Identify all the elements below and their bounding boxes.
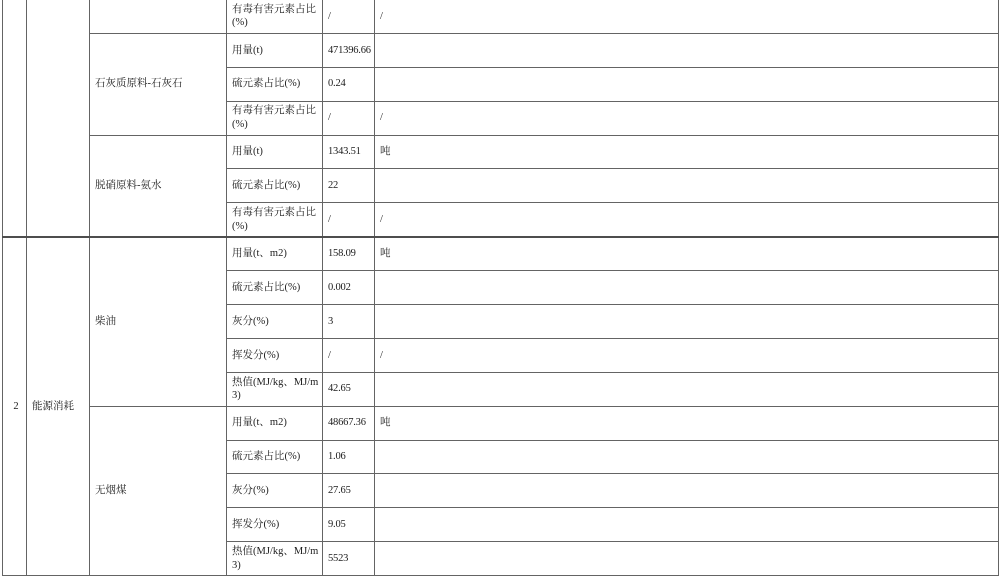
value-cell: 48667.36 [323, 406, 375, 440]
value-cell: 3 [323, 305, 375, 339]
value-cell: / [323, 203, 375, 237]
table-row: 2 能源消耗 柴油 用量(t、m2) 158.09 吨 [3, 237, 999, 271]
material-cell: 无烟煤 [90, 406, 227, 575]
value-cell: 158.09 [323, 237, 375, 271]
unit-cell [375, 372, 999, 406]
parameter-cell: 硫元素占比(%) [227, 67, 323, 101]
value-cell: / [323, 0, 375, 33]
unit-cell: 吨 [375, 135, 999, 169]
parameter-cell: 挥发分(%) [227, 338, 323, 372]
consumption-table: 有毒有害元素占比(%) / / 石灰质原料-石灰石 用量(t) 471396.6… [2, 0, 999, 576]
parameter-cell: 硫元素占比(%) [227, 440, 323, 474]
value-cell: 1343.51 [323, 135, 375, 169]
unit-cell: / [375, 101, 999, 135]
unit-cell: / [375, 0, 999, 33]
value-cell: 42.65 [323, 372, 375, 406]
value-cell: 0.002 [323, 271, 375, 305]
unit-cell [375, 440, 999, 474]
category-cell [27, 0, 90, 237]
value-cell: 471396.66 [323, 33, 375, 67]
material-cell: 石灰质原料-石灰石 [90, 33, 227, 135]
unit-cell: 吨 [375, 406, 999, 440]
value-cell: / [323, 338, 375, 372]
seq-cell: 2 [3, 237, 27, 576]
unit-cell [375, 33, 999, 67]
parameter-cell: 热值(MJ/kg、MJ/m3) [227, 542, 323, 576]
parameter-cell: 灰分(%) [227, 474, 323, 508]
unit-cell: 吨 [375, 237, 999, 271]
unit-cell [375, 169, 999, 203]
unit-cell: / [375, 338, 999, 372]
table-row: 无烟煤 用量(t、m2) 48667.36 吨 [3, 406, 999, 440]
value-cell: 0.24 [323, 67, 375, 101]
value-cell: 27.65 [323, 474, 375, 508]
unit-cell [375, 305, 999, 339]
parameter-cell: 硫元素占比(%) [227, 271, 323, 305]
value-cell: 5523 [323, 542, 375, 576]
parameter-cell: 有毒有害元素占比(%) [227, 0, 323, 33]
parameter-cell: 用量(t) [227, 33, 323, 67]
table-row: 有毒有害元素占比(%) / / [3, 0, 999, 33]
parameter-cell: 灰分(%) [227, 305, 323, 339]
value-cell: 1.06 [323, 440, 375, 474]
parameter-cell: 挥发分(%) [227, 508, 323, 542]
material-cell: 柴油 [90, 237, 227, 406]
material-cell [90, 0, 227, 33]
seq-cell [3, 0, 27, 237]
unit-cell [375, 67, 999, 101]
parameter-cell: 热值(MJ/kg、MJ/m3) [227, 372, 323, 406]
parameter-cell: 用量(t、m2) [227, 406, 323, 440]
material-cell: 脱硝原料-氨水 [90, 135, 227, 237]
parameter-cell: 有毒有害元素占比(%) [227, 101, 323, 135]
unit-cell: / [375, 203, 999, 237]
parameter-cell: 用量(t) [227, 135, 323, 169]
unit-cell [375, 542, 999, 576]
unit-cell [375, 271, 999, 305]
unit-cell [375, 508, 999, 542]
parameter-cell: 硫元素占比(%) [227, 169, 323, 203]
value-cell: 22 [323, 169, 375, 203]
table-row: 石灰质原料-石灰石 用量(t) 471396.66 [3, 33, 999, 67]
value-cell: / [323, 101, 375, 135]
table-row: 脱硝原料-氨水 用量(t) 1343.51 吨 [3, 135, 999, 169]
parameter-cell: 用量(t、m2) [227, 237, 323, 271]
category-cell: 能源消耗 [27, 237, 90, 576]
parameter-cell: 有毒有害元素占比(%) [227, 203, 323, 237]
value-cell: 9.05 [323, 508, 375, 542]
unit-cell [375, 474, 999, 508]
